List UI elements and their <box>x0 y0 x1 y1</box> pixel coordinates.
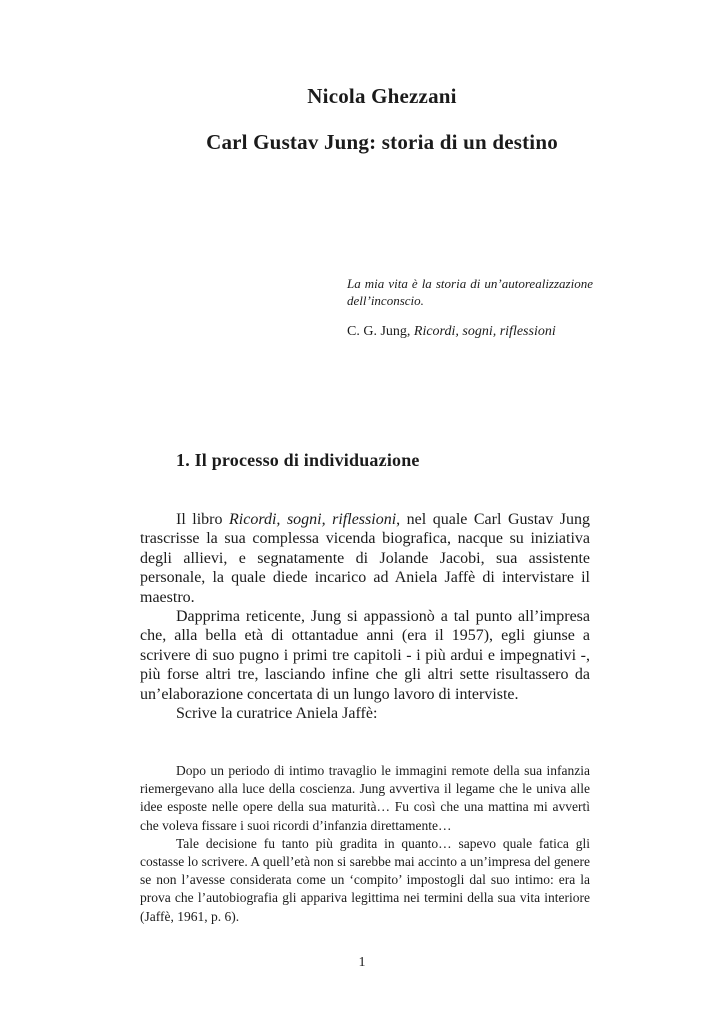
document-page: Nicola Ghezzani Carl Gustav Jung: storia… <box>0 0 724 1024</box>
page-number: 1 <box>0 955 724 971</box>
epigraph-quote: La mia vita è la storia di un’autorealiz… <box>347 276 593 309</box>
section-heading: 1. Il processo di individuazione <box>176 450 420 471</box>
block-quote: Dopo un periodo di intimo travaglio le i… <box>140 762 590 926</box>
book-title: Carl Gustav Jung: storia di un destino <box>140 130 590 155</box>
paragraph-1-lead: Il libro <box>176 511 229 528</box>
quote-paragraph-1: Dopo un periodo di intimo travaglio le i… <box>140 762 590 835</box>
body-text: Il libro Ricordi, sogni, riflessioni, ne… <box>140 510 590 723</box>
epigraph-block: La mia vita è la storia di un’autorealiz… <box>347 276 593 340</box>
paragraph-3: Scrive la curatrice Aniela Jaffè: <box>140 704 590 723</box>
quote-paragraph-2: Tale decisione fu tanto più gradita in q… <box>140 835 590 926</box>
epigraph-attribution-work: Ricordi, sogni, riflessioni <box>414 324 556 339</box>
epigraph-attribution-author: C. G. Jung, <box>347 324 414 339</box>
paragraph-1-book-title: Ricordi, sogni, riflessioni <box>229 511 396 528</box>
paragraph-2: Dapprima reticente, Jung si appassionò a… <box>140 607 590 704</box>
paragraph-1: Il libro Ricordi, sogni, riflessioni, ne… <box>140 510 590 607</box>
author-name: Nicola Ghezzani <box>140 84 590 109</box>
epigraph-attribution: C. G. Jung, Ricordi, sogni, riflessioni <box>347 324 593 340</box>
